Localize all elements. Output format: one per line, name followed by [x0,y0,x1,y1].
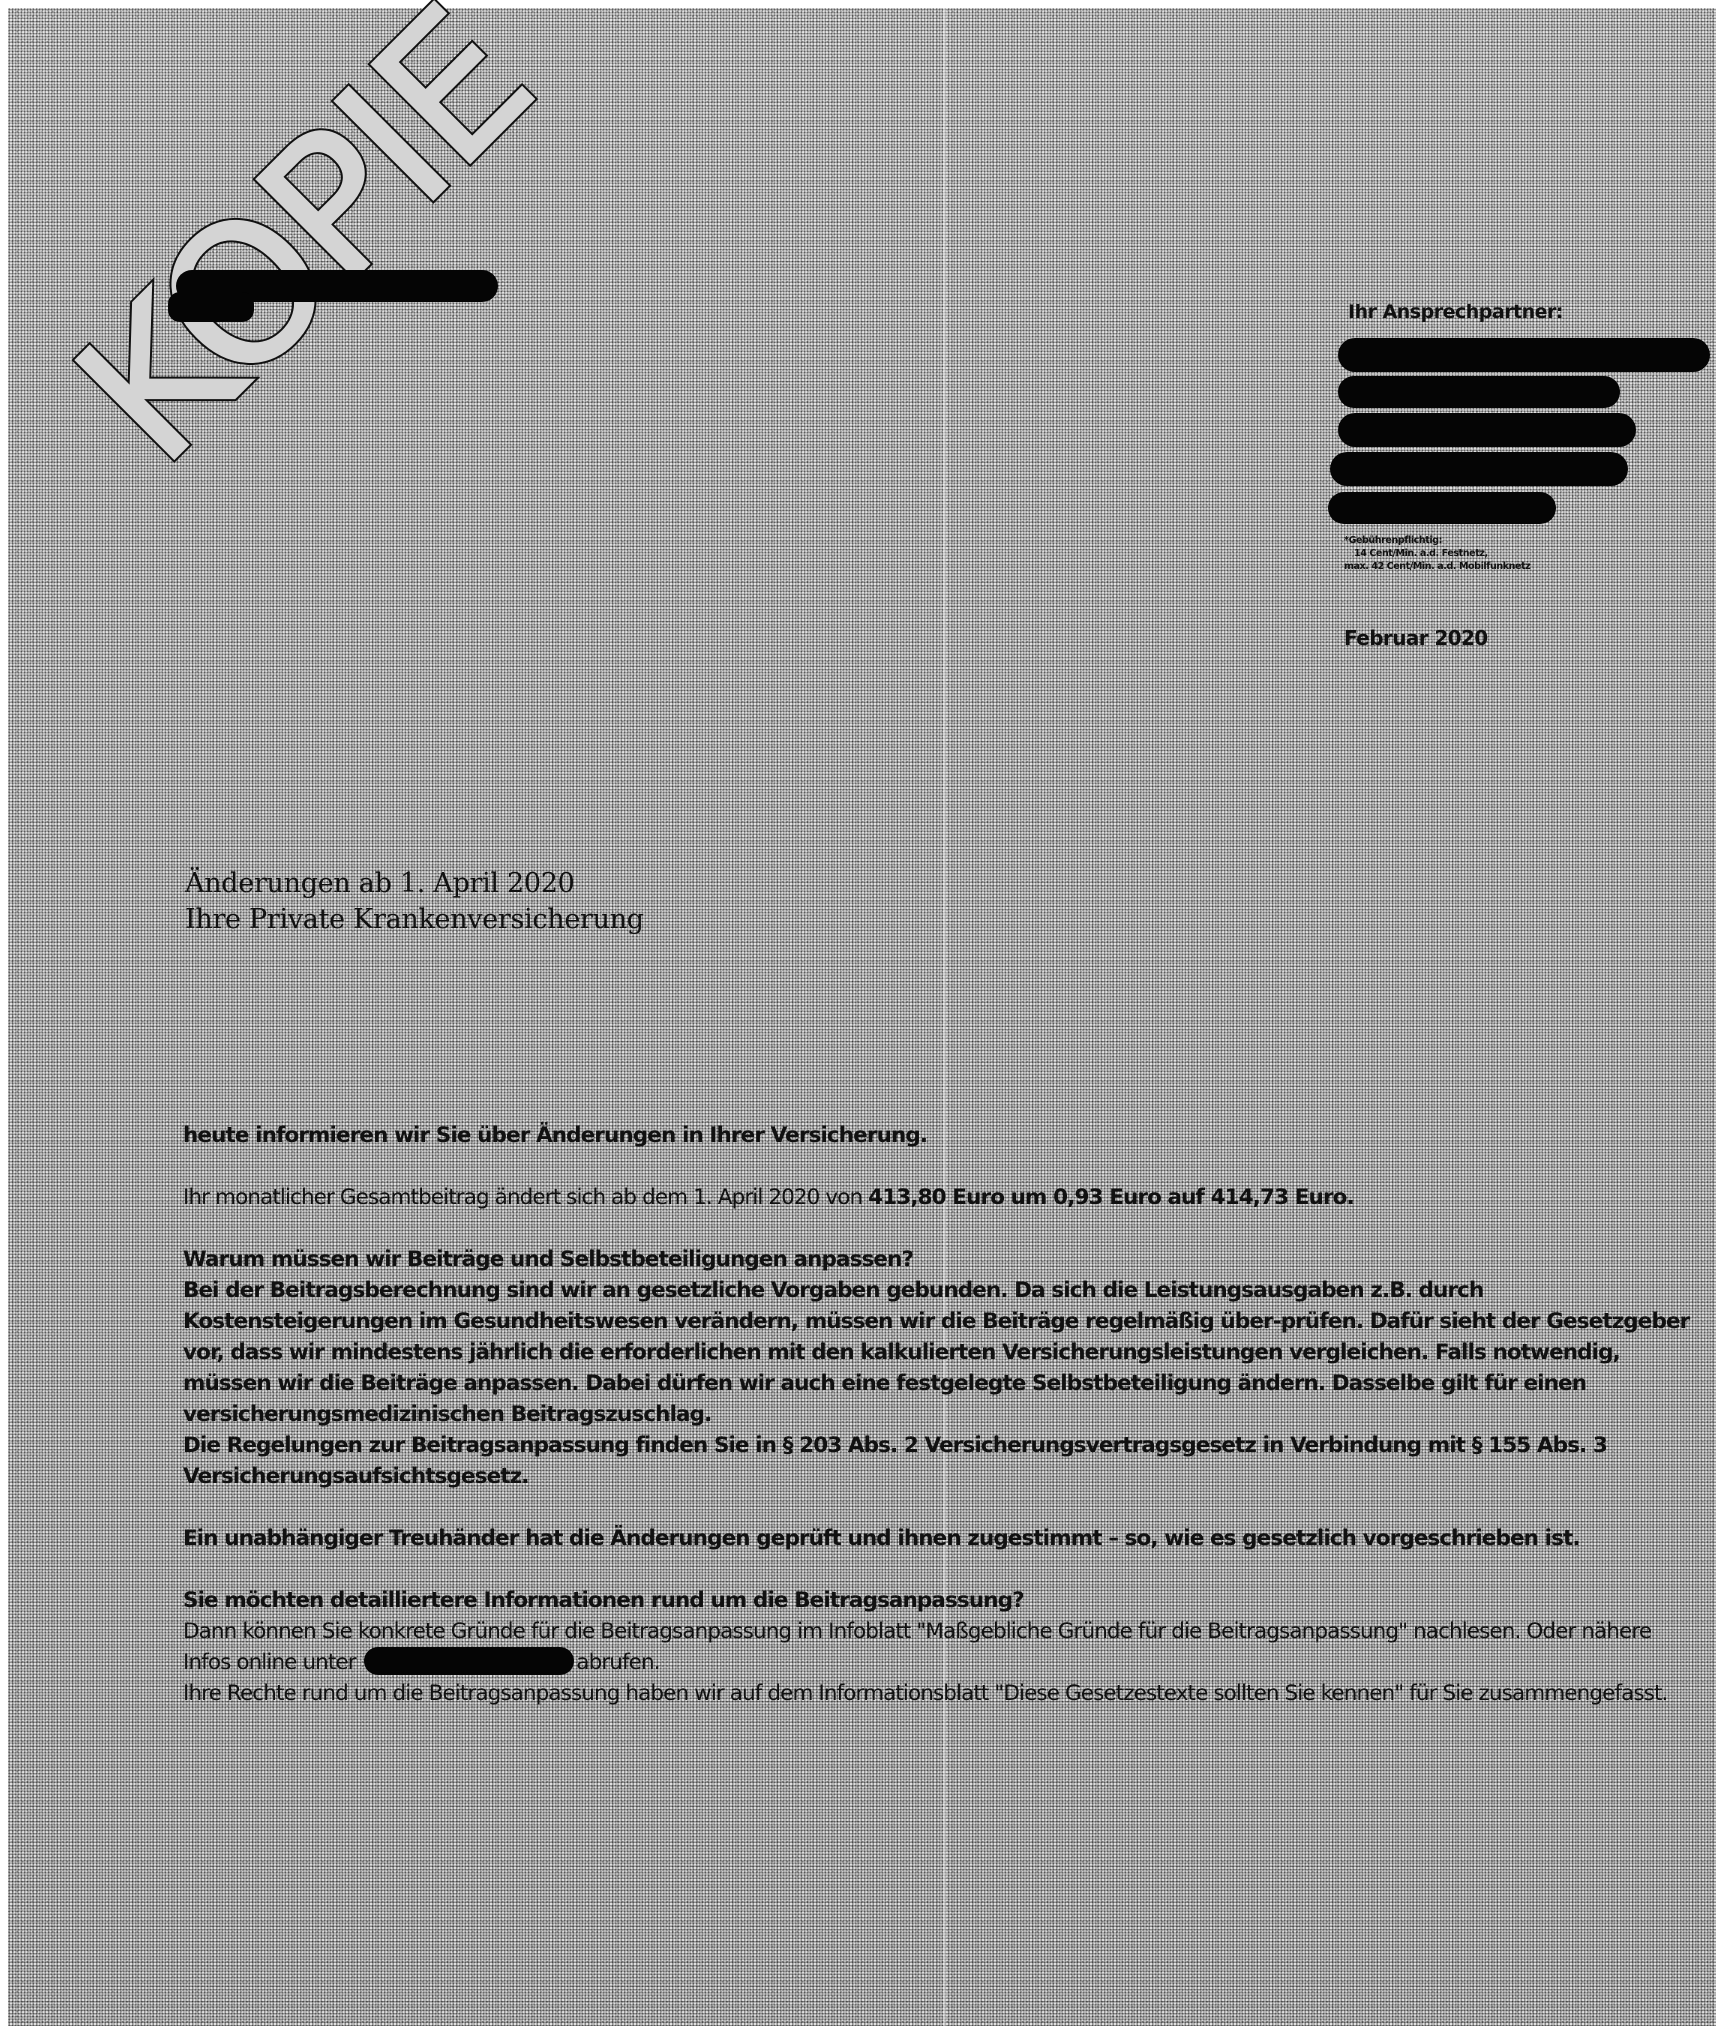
why-section: Warum müssen wir Beiträge und Selbstbete… [183,1244,1703,1492]
phone-fee-note: *Gebührenpflichtig: 14 Cent/Min. a.d. Fe… [1344,534,1644,573]
premium-delta-amount: 0,93 [1053,1185,1102,1210]
contact-redaction-3 [1338,413,1636,447]
premium-text: Euro auf [1103,1185,1211,1210]
contact-redaction-4 [1330,452,1628,486]
subject-line-1: Änderungen ab 1. April 2020 [185,866,644,902]
intro-text: heute informieren wir Sie über Änderunge… [183,1123,927,1148]
legal-reference-text: Die Regelungen zur Beitragsanpassung fin… [183,1433,1607,1489]
contact-redaction-2 [1338,376,1620,408]
letter-subject: Änderungen ab 1. April 2020 Ihre Private… [185,866,644,938]
old-premium-amount: 413,80 [868,1185,946,1210]
premium-change-paragraph: Ihr monatlicher Gesamtbeitrag ändert sic… [183,1182,1703,1213]
premium-text: Ihr monatlicher Gesamtbeitrag ändert sic… [183,1185,868,1210]
recipient-redaction-tail [168,292,254,322]
why-text: Bei der Beitragsberechnung sind wir an g… [183,1278,1689,1427]
premium-text: Euro um [946,1185,1053,1210]
why-heading: Warum müssen wir Beiträge und Selbstbete… [183,1247,913,1272]
details-text-end: abrufen. [576,1650,659,1675]
rights-text: Ihre Rechte rund um die Beitragsanpassun… [183,1681,1667,1706]
premium-text: Euro. [1288,1185,1354,1210]
contact-redaction-1 [1338,338,1710,372]
trustee-text: Ein unabhängiger Treuhänder hat die Ände… [183,1526,1580,1551]
fee-note-line: max. 42 Cent/Min. a.d. Mobilfunknetz [1344,560,1644,573]
new-premium-amount: 414,73 [1211,1185,1289,1210]
trustee-paragraph: Ein unabhängiger Treuhänder hat die Ände… [183,1523,1703,1554]
url-redaction [364,1647,574,1675]
kopie-stamp-fill: KOPIE [48,0,560,492]
details-heading: Sie möchten detailliertere Informationen… [183,1588,1024,1613]
contact-redaction-5 [1328,492,1556,524]
intro-paragraph: heute informieren wir Sie über Änderunge… [183,1120,1703,1151]
fee-note-line: 14 Cent/Min. a.d. Festnetz, [1344,547,1644,560]
fee-note-line: *Gebührenpflichtig: [1344,534,1644,547]
letter-body: heute informieren wir Sie über Änderunge… [183,1120,1703,1740]
details-section: Sie möchten detailliertere Informationen… [183,1585,1703,1709]
scanned-letter-page: KOPIE KOPIE Ihr Ansprechpartner: *Gebühr… [8,8,1716,2026]
contact-label: Ihr Ansprechpartner: [1348,301,1563,323]
letter-date: Februar 2020 [1344,626,1488,650]
subject-line-2: Ihre Private Krankenversicherung [185,902,644,938]
